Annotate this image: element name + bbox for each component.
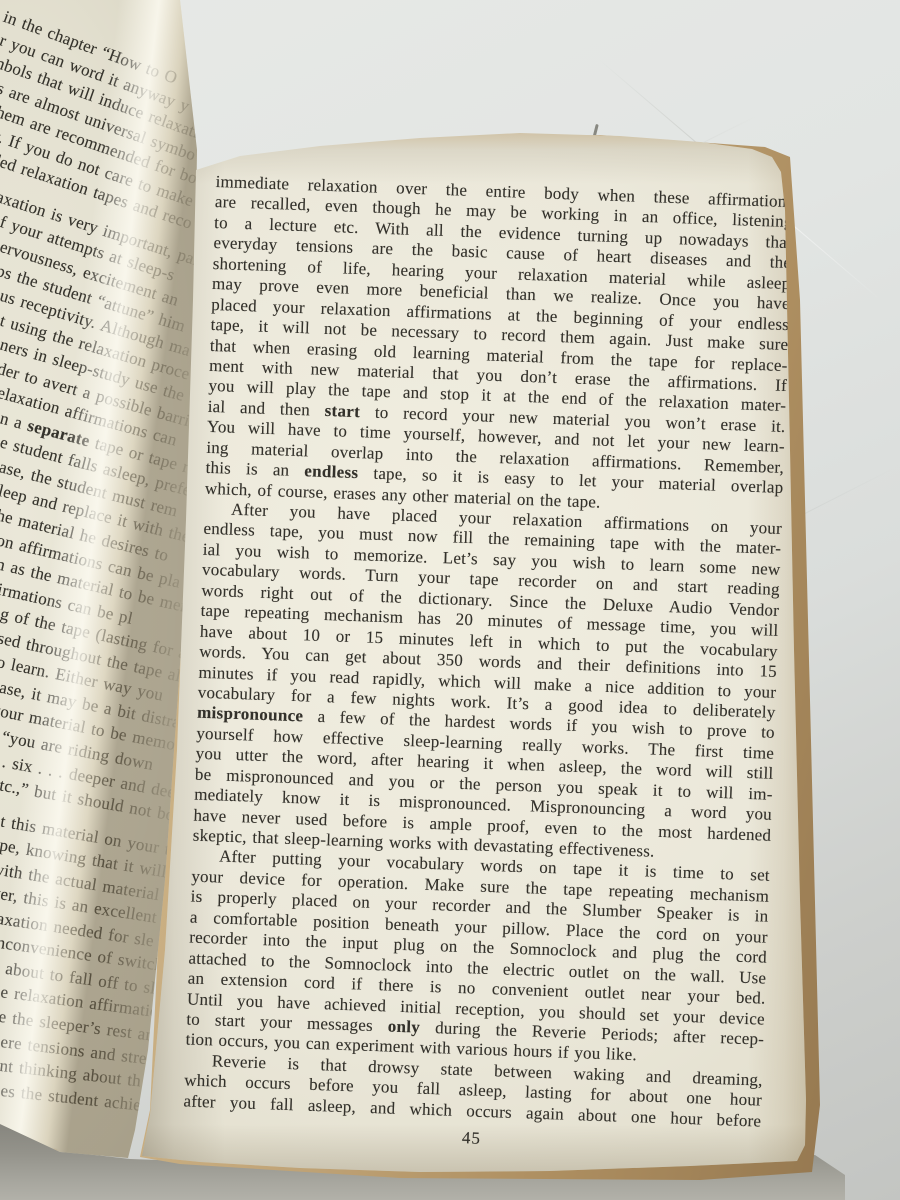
- bold-word: mispronounce: [197, 703, 304, 726]
- right-page: immediate relaxation over the entire bod…: [130, 126, 810, 1176]
- bold-word: only: [387, 1016, 420, 1036]
- paragraph: immediate relaxation over the entire bod…: [205, 172, 794, 519]
- paragraph: After putting your vocabulary words on t…: [185, 846, 770, 1070]
- right-page-text: immediate relaxation over the entire bod…: [182, 172, 793, 1159]
- bold-word: start: [324, 401, 360, 421]
- bold-word: endless: [304, 461, 359, 482]
- paragraph: After you have placed your relaxation af…: [192, 499, 782, 866]
- book-photo: s in the chapter “How to Oor you can wor…: [0, 0, 900, 1200]
